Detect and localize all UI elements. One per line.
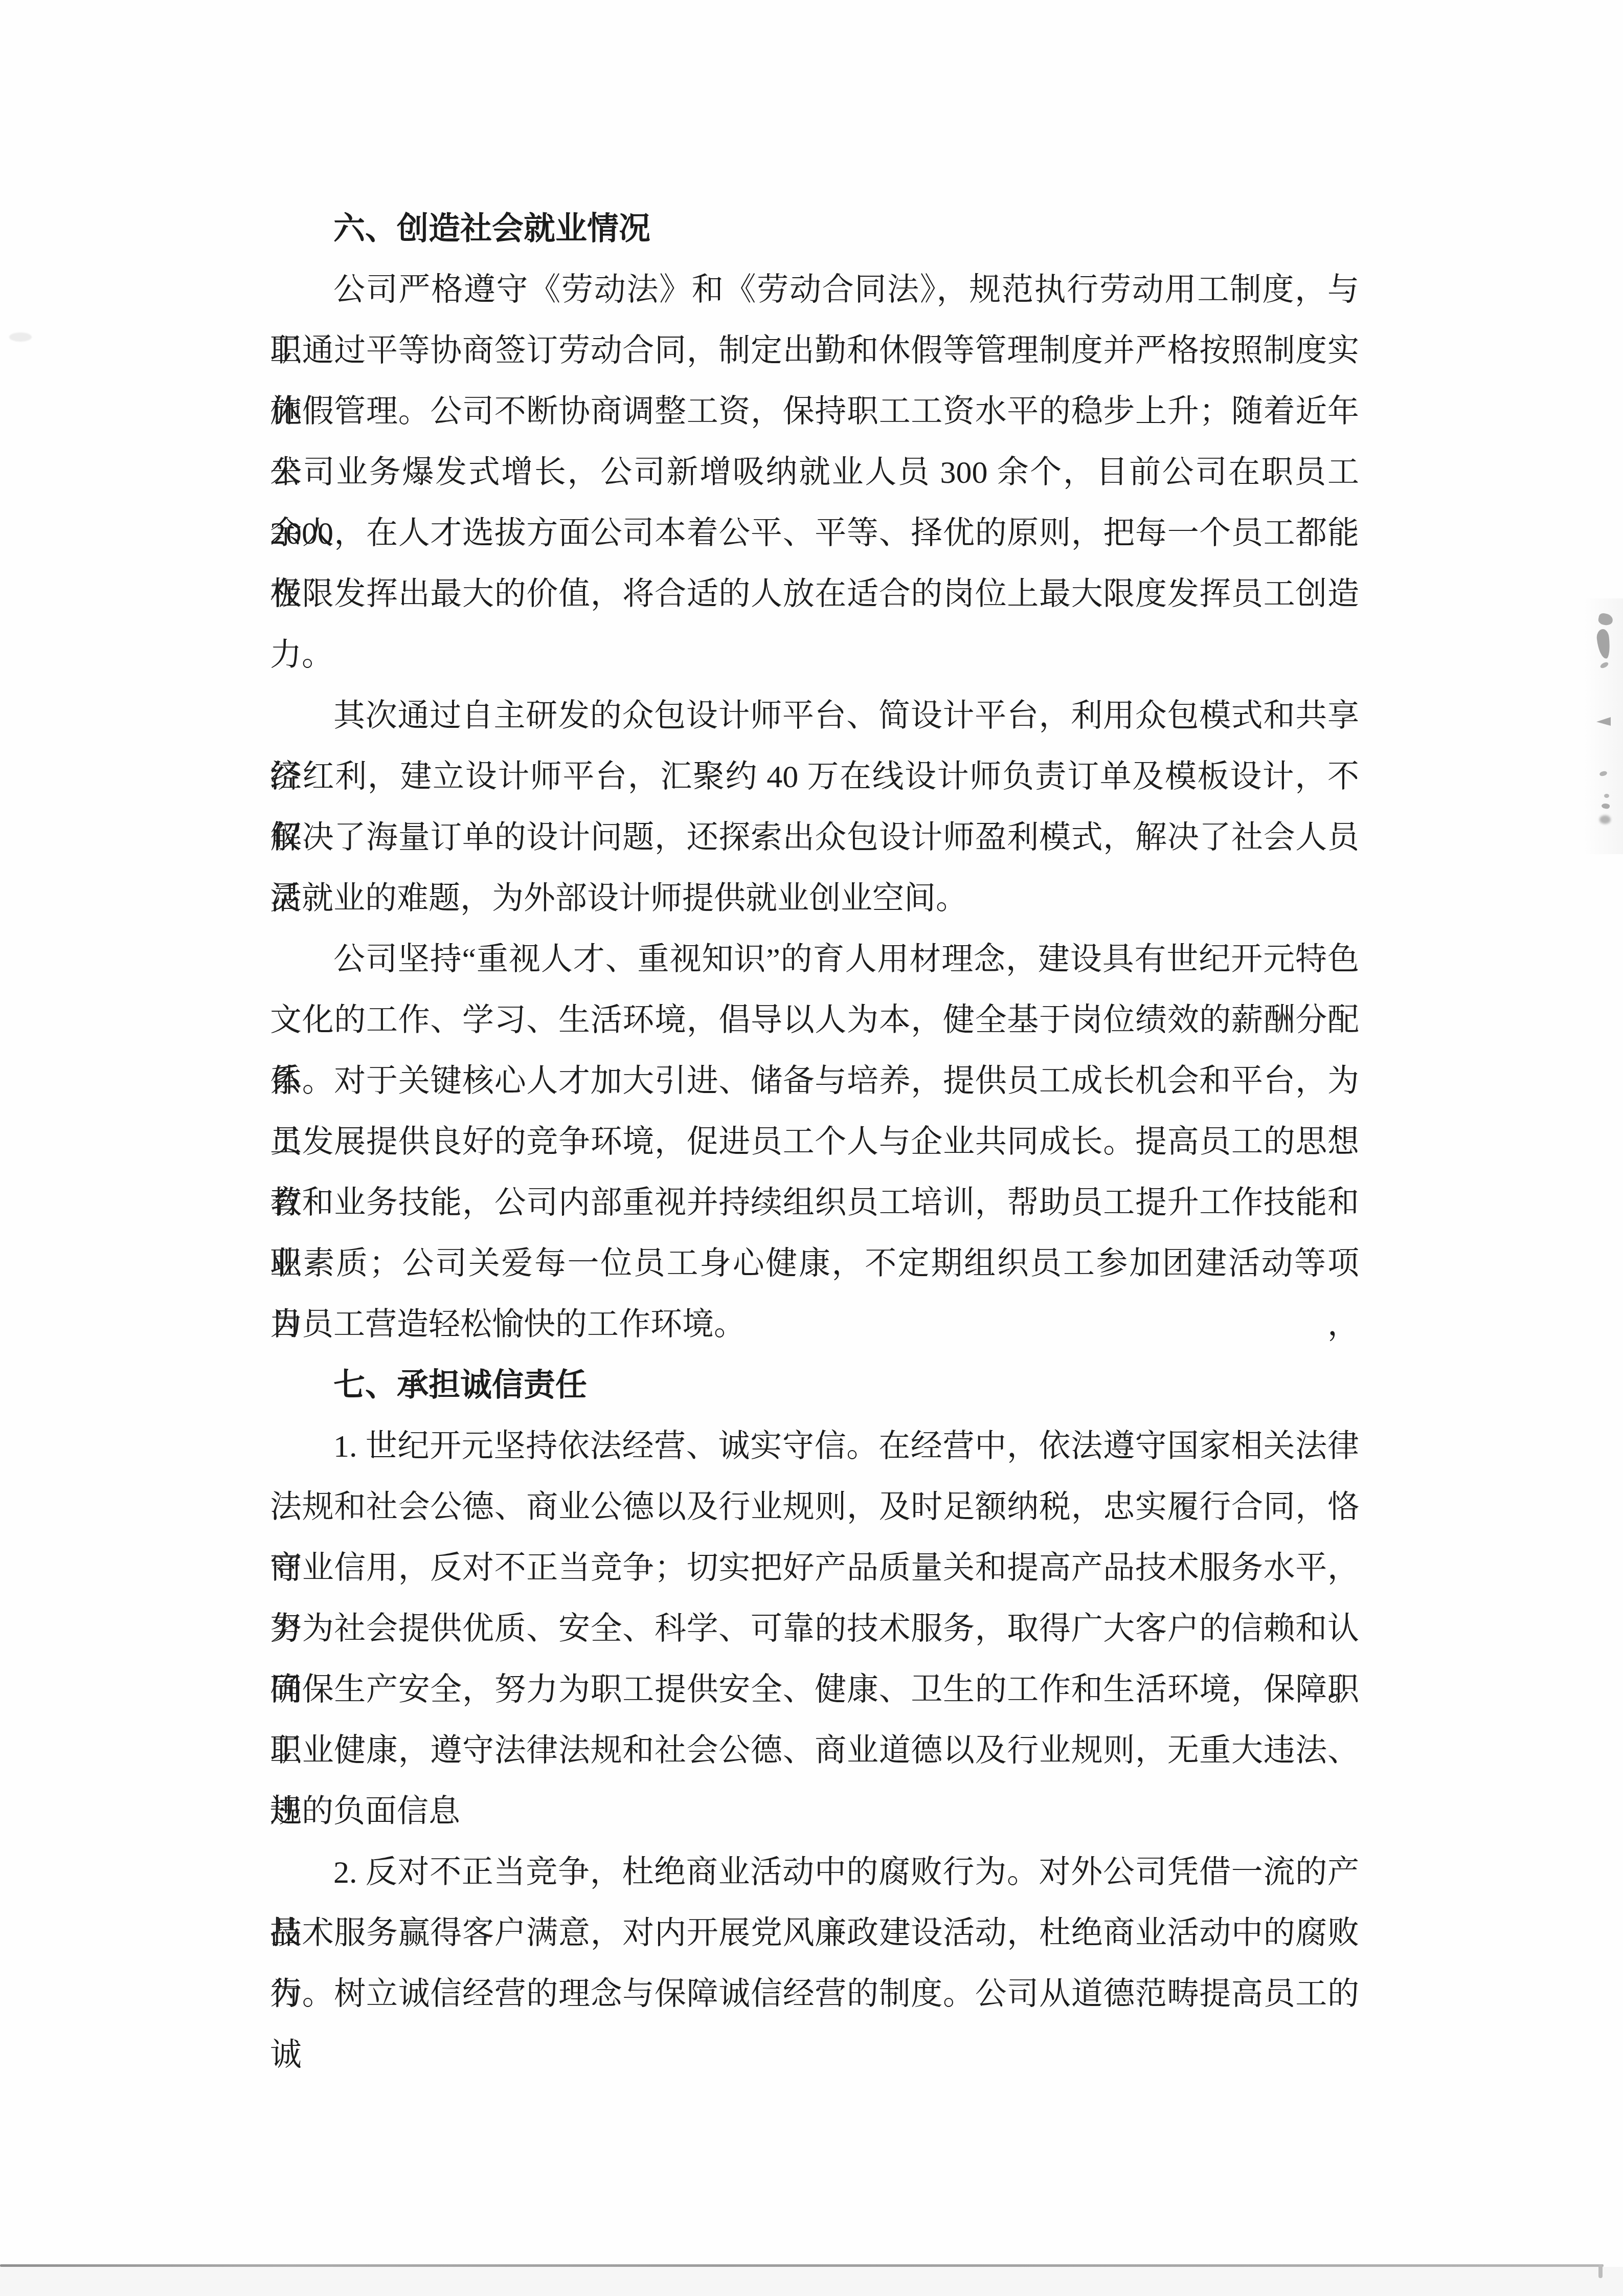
- scan-smudge: [9, 332, 32, 342]
- text-line: 工通过平等协商签订劳动合同，制定出勤和休假等管理制度并严格按照制度实施: [270, 321, 1359, 382]
- scanned-document-page: 六、创造社会就业情况 公司严格遵守《劳动法》和《劳动合同法》，规范执行劳动用工制…: [0, 0, 1623, 2296]
- text-line: 解决了海量订单的设计问题，还探索出众包设计师盈利模式，解决了社会人员灵: [270, 808, 1359, 868]
- text-line: 极限发挥出最大的价值，将合适的人放在适合的岗位上最大限度发挥员工创造: [270, 564, 1359, 625]
- text-line: 济红利，建立设计师平台，汇聚约 40 万在线设计师负责订单及模板设计，不仅: [270, 747, 1359, 808]
- scan-fold-line-end: [1598, 2265, 1603, 2278]
- text-line: 休假管理。公司不断协商调整工资，保持职工工资水平的稳步上升；随着近年来: [270, 382, 1359, 442]
- text-line: 文化的工作、学习、生活环境，倡导以人为本，健全基于岗位绩效的薪酬分配体: [270, 990, 1359, 1051]
- text-line: 2. 反对不正当竞争，杜绝商业活动中的腐败行为。对外公司凭借一流的产品: [270, 1842, 1359, 1903]
- text-line: 其次通过自主研发的众包设计师平台、简设计平台，利用众包模式和共享经: [270, 686, 1359, 747]
- scan-fold-line: [0, 2264, 1604, 2267]
- text-line: 力。: [270, 625, 1359, 686]
- text-line: 为。树立诚信经营的理念与保障诚信经营的制度。公司从道德范畴提高员工的诚: [270, 1964, 1359, 2025]
- text-line: 公司坚持“重视人才、重视知识”的育人用材理念，建设具有世纪开元特色: [270, 929, 1359, 990]
- text-line: 确保生产安全，努力为职工提供安全、健康、卫生的工作和生活环境，保障职工: [270, 1660, 1359, 1721]
- text-line: 业素质；公司关爱每一位员工身心健康，不定期组织员工参加团建活动等项目，: [270, 1234, 1359, 1295]
- text-line: 公司严格遵守《劳动法》和《劳动合同法》，规范执行劳动用工制度，与职: [270, 260, 1359, 321]
- text-line: 职业健康，遵守法律法规和社会公德、商业道德以及行业规则，无重大违法、违: [270, 1721, 1359, 1781]
- section-heading: 六、创造社会就业情况: [270, 199, 1359, 260]
- text-line: 育和业务技能，公司内部重视并持续组织员工培训，帮助员工提升工作技能和职: [270, 1173, 1359, 1234]
- text-line: 法规和社会公德、商业公德以及行业规则，及时足额纳税，忠实履行合同，恪守: [270, 1477, 1359, 1538]
- text-line: 力为社会提供优质、安全、科学、可靠的技术服务，取得广大客户的信赖和认同。: [270, 1599, 1359, 1660]
- text-line: 1. 世纪开元坚持依法经营、诚实守信。在经营中，依法遵守国家相关法律: [270, 1416, 1359, 1477]
- text-line: 技术服务赢得客户满意，对内开展党风廉政建设活动，杜绝商业活动中的腐败行: [270, 1903, 1359, 1964]
- scan-bottom-strip: [0, 2267, 1623, 2296]
- text-line: 公司业务爆发式增长，公司新增吸纳就业人员 300 余个，目前公司在职员工 200…: [270, 442, 1359, 503]
- section-heading: 七、承担诚信责任: [270, 1355, 1359, 1416]
- text-line: 商业信用，反对不正当竞争；切实把好产品质量关和提高产品技术服务水平，努: [270, 1538, 1359, 1599]
- document-text: 六、创造社会就业情况 公司严格遵守《劳动法》和《劳动合同法》，规范执行劳动用工制…: [270, 199, 1359, 2025]
- text-line: 规的负面信息: [270, 1781, 1359, 1842]
- scan-smudge: [1604, 794, 1609, 798]
- text-line: 工发展提供良好的竞争环境，促进员工个人与企业共同成长。提高员工的思想教: [270, 1112, 1359, 1173]
- text-line: 活就业的难题，为外部设计师提供就业创业空间。: [270, 868, 1359, 929]
- text-line: 系。对于关键核心人才加大引进、储备与培养，提供员工成长机会和平台，为员: [270, 1051, 1359, 1112]
- text-line: 余人，在人才选拔方面公司本着公平、平等、择优的原则，把每一个员工都能在: [270, 503, 1359, 564]
- scan-smudge: [1599, 815, 1611, 824]
